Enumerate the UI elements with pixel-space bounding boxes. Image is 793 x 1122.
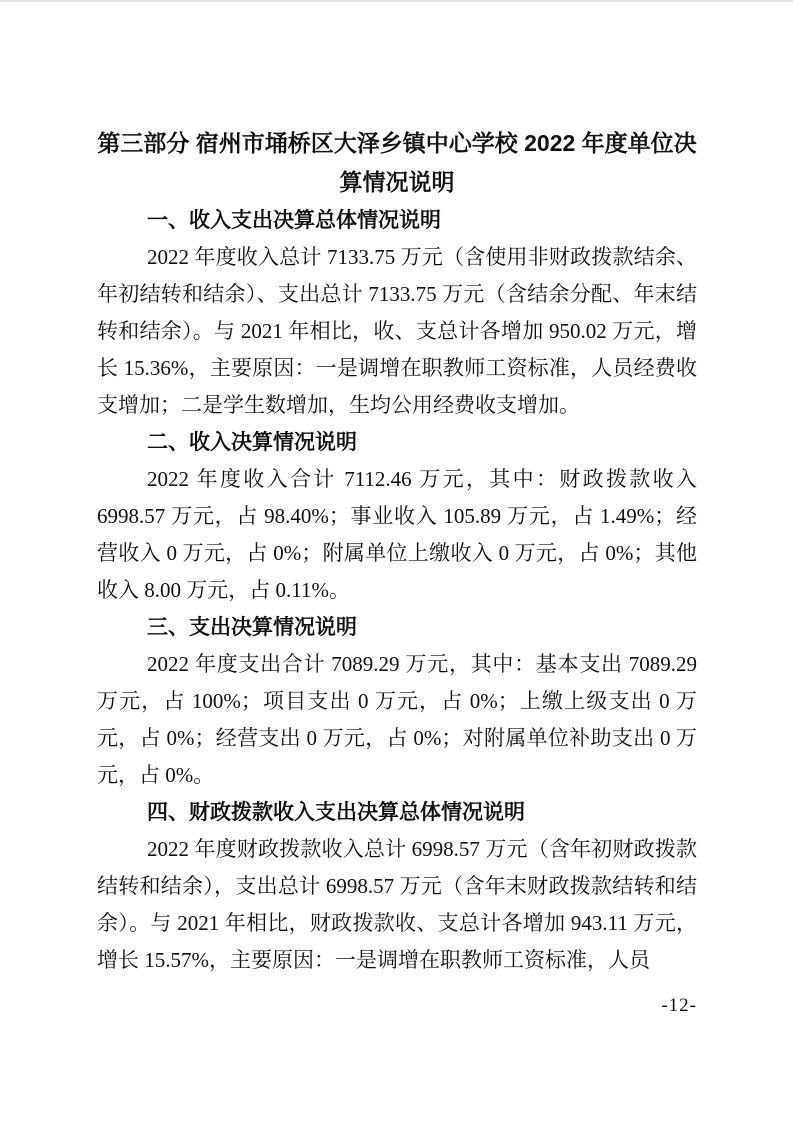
section-heading-1: 一、收入支出决算总体情况说明: [97, 202, 697, 239]
section-paragraph-2: 2022 年度收入合计 7112.46 万元，其中：财政拨款收入 6998.57…: [97, 461, 697, 609]
section-revenue-detail: 二、收入决算情况说明 2022 年度收入合计 7112.46 万元，其中：财政拨…: [97, 424, 697, 609]
section-revenue-expenditure-overview: 一、收入支出决算总体情况说明 2022 年度收入总计 7133.75 万元（含使…: [97, 202, 697, 424]
section-heading-2: 二、收入决算情况说明: [97, 424, 697, 461]
document-content: 第三部分 宿州市埇桥区大泽乡镇中心学校 2022 年度单位决算情况说明 一、收入…: [97, 124, 697, 979]
page-number: -12-: [661, 995, 697, 1017]
section-heading-3: 三、支出决算情况说明: [97, 609, 697, 646]
section-paragraph-3: 2022 年度支出合计 7089.29 万元，其中：基本支出 7089.29 万…: [97, 646, 697, 794]
section-fiscal-appropriation-overview: 四、财政拨款收入支出决算总体情况说明 2022 年度财政拨款收入总计 6998.…: [97, 794, 697, 979]
document-title: 第三部分 宿州市埇桥区大泽乡镇中心学校 2022 年度单位决算情况说明: [97, 124, 697, 202]
section-heading-4: 四、财政拨款收入支出决算总体情况说明: [97, 794, 697, 831]
document-page: 第三部分 宿州市埇桥区大泽乡镇中心学校 2022 年度单位决算情况说明 一、收入…: [0, 0, 793, 1122]
section-expenditure-detail: 三、支出决算情况说明 2022 年度支出合计 7089.29 万元，其中：基本支…: [97, 609, 697, 794]
section-paragraph-4: 2022 年度财政拨款收入总计 6998.57 万元（含年初财政拨款结转和结余）…: [97, 831, 697, 979]
section-paragraph-1: 2022 年度收入总计 7133.75 万元（含使用非财政拨款结余、年初结转和结…: [97, 239, 697, 424]
